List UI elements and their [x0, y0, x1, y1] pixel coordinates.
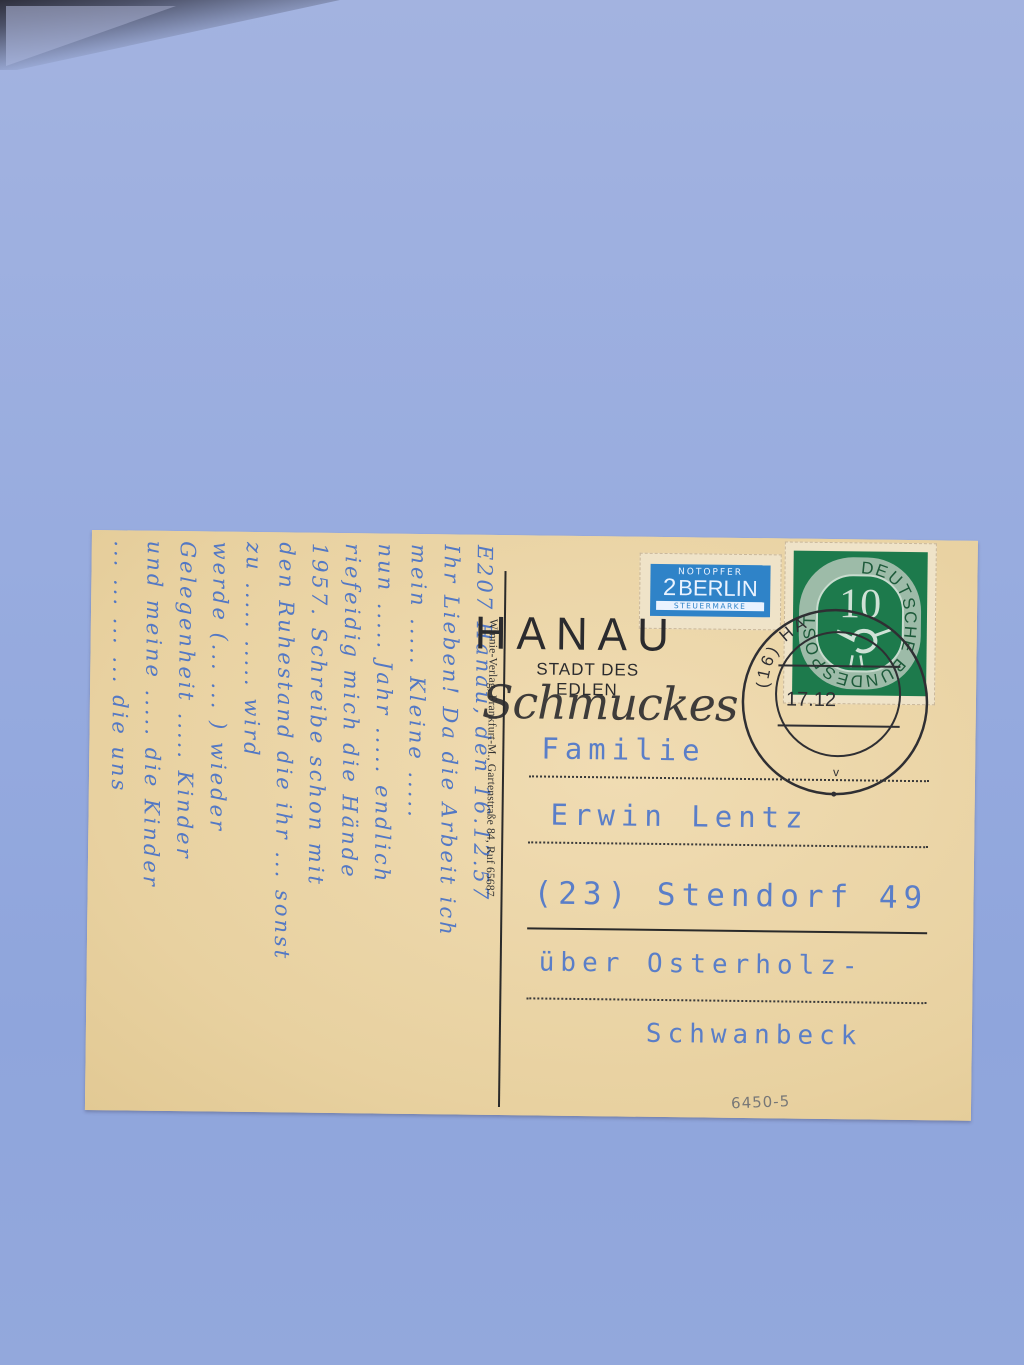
address-line-4: über Osterholz-: [539, 947, 864, 981]
message-line: und meine ..... die Kinder: [131, 541, 171, 1101]
address-rule: [528, 841, 928, 848]
message-line: riefeidig mich die Hände: [329, 543, 369, 1103]
message-line: werde (... ... ) wieder: [197, 541, 237, 1101]
address-rule: [526, 997, 926, 1004]
cancellation-city: HANAU: [474, 607, 679, 662]
postcard: E207 Hanau, den 16.12.57 Ihr Lieben! Da …: [85, 530, 978, 1121]
address-line-3: (23) Stendorf 49: [533, 875, 928, 916]
message-line: ... ... ... ... die uns: [99, 540, 138, 1100]
message-line: Ihr Lieben! Da die Arbeit ich: [428, 544, 468, 1104]
message-line: 1957. Schreibe schon mit: [296, 543, 336, 1103]
pencil-note: 6450-5: [731, 1092, 791, 1112]
svg-text:(16) HA: (16) HA: [753, 612, 812, 689]
handwritten-message: E207 Hanau, den 16.12.57 Ihr Lieben! Da …: [99, 540, 501, 1105]
message-line: nun ..... Jahr ..... endlich: [362, 543, 402, 1103]
address-line-1: Familie: [541, 732, 706, 768]
svg-text:v: v: [833, 765, 839, 779]
svg-text:17.12: 17.12: [786, 688, 836, 711]
address-line-2: Erwin Lentz: [550, 798, 808, 835]
slogan-script: Schmuckes: [482, 675, 738, 732]
message-line: Gelegenheit ..... Kinder: [164, 541, 204, 1101]
message-line: den Ruhestand die ihr ... sonst: [263, 542, 303, 1102]
message-line: zu ..... ..... wird: [230, 542, 270, 1102]
message-line: mein ..... Kleine .....: [395, 544, 435, 1104]
address-rule: [527, 927, 927, 934]
slogan-cancellation: HANAU STADT DES EDLEN Schmuckes: [474, 609, 725, 732]
address-line-5: Schwanbeck: [646, 1019, 863, 1052]
